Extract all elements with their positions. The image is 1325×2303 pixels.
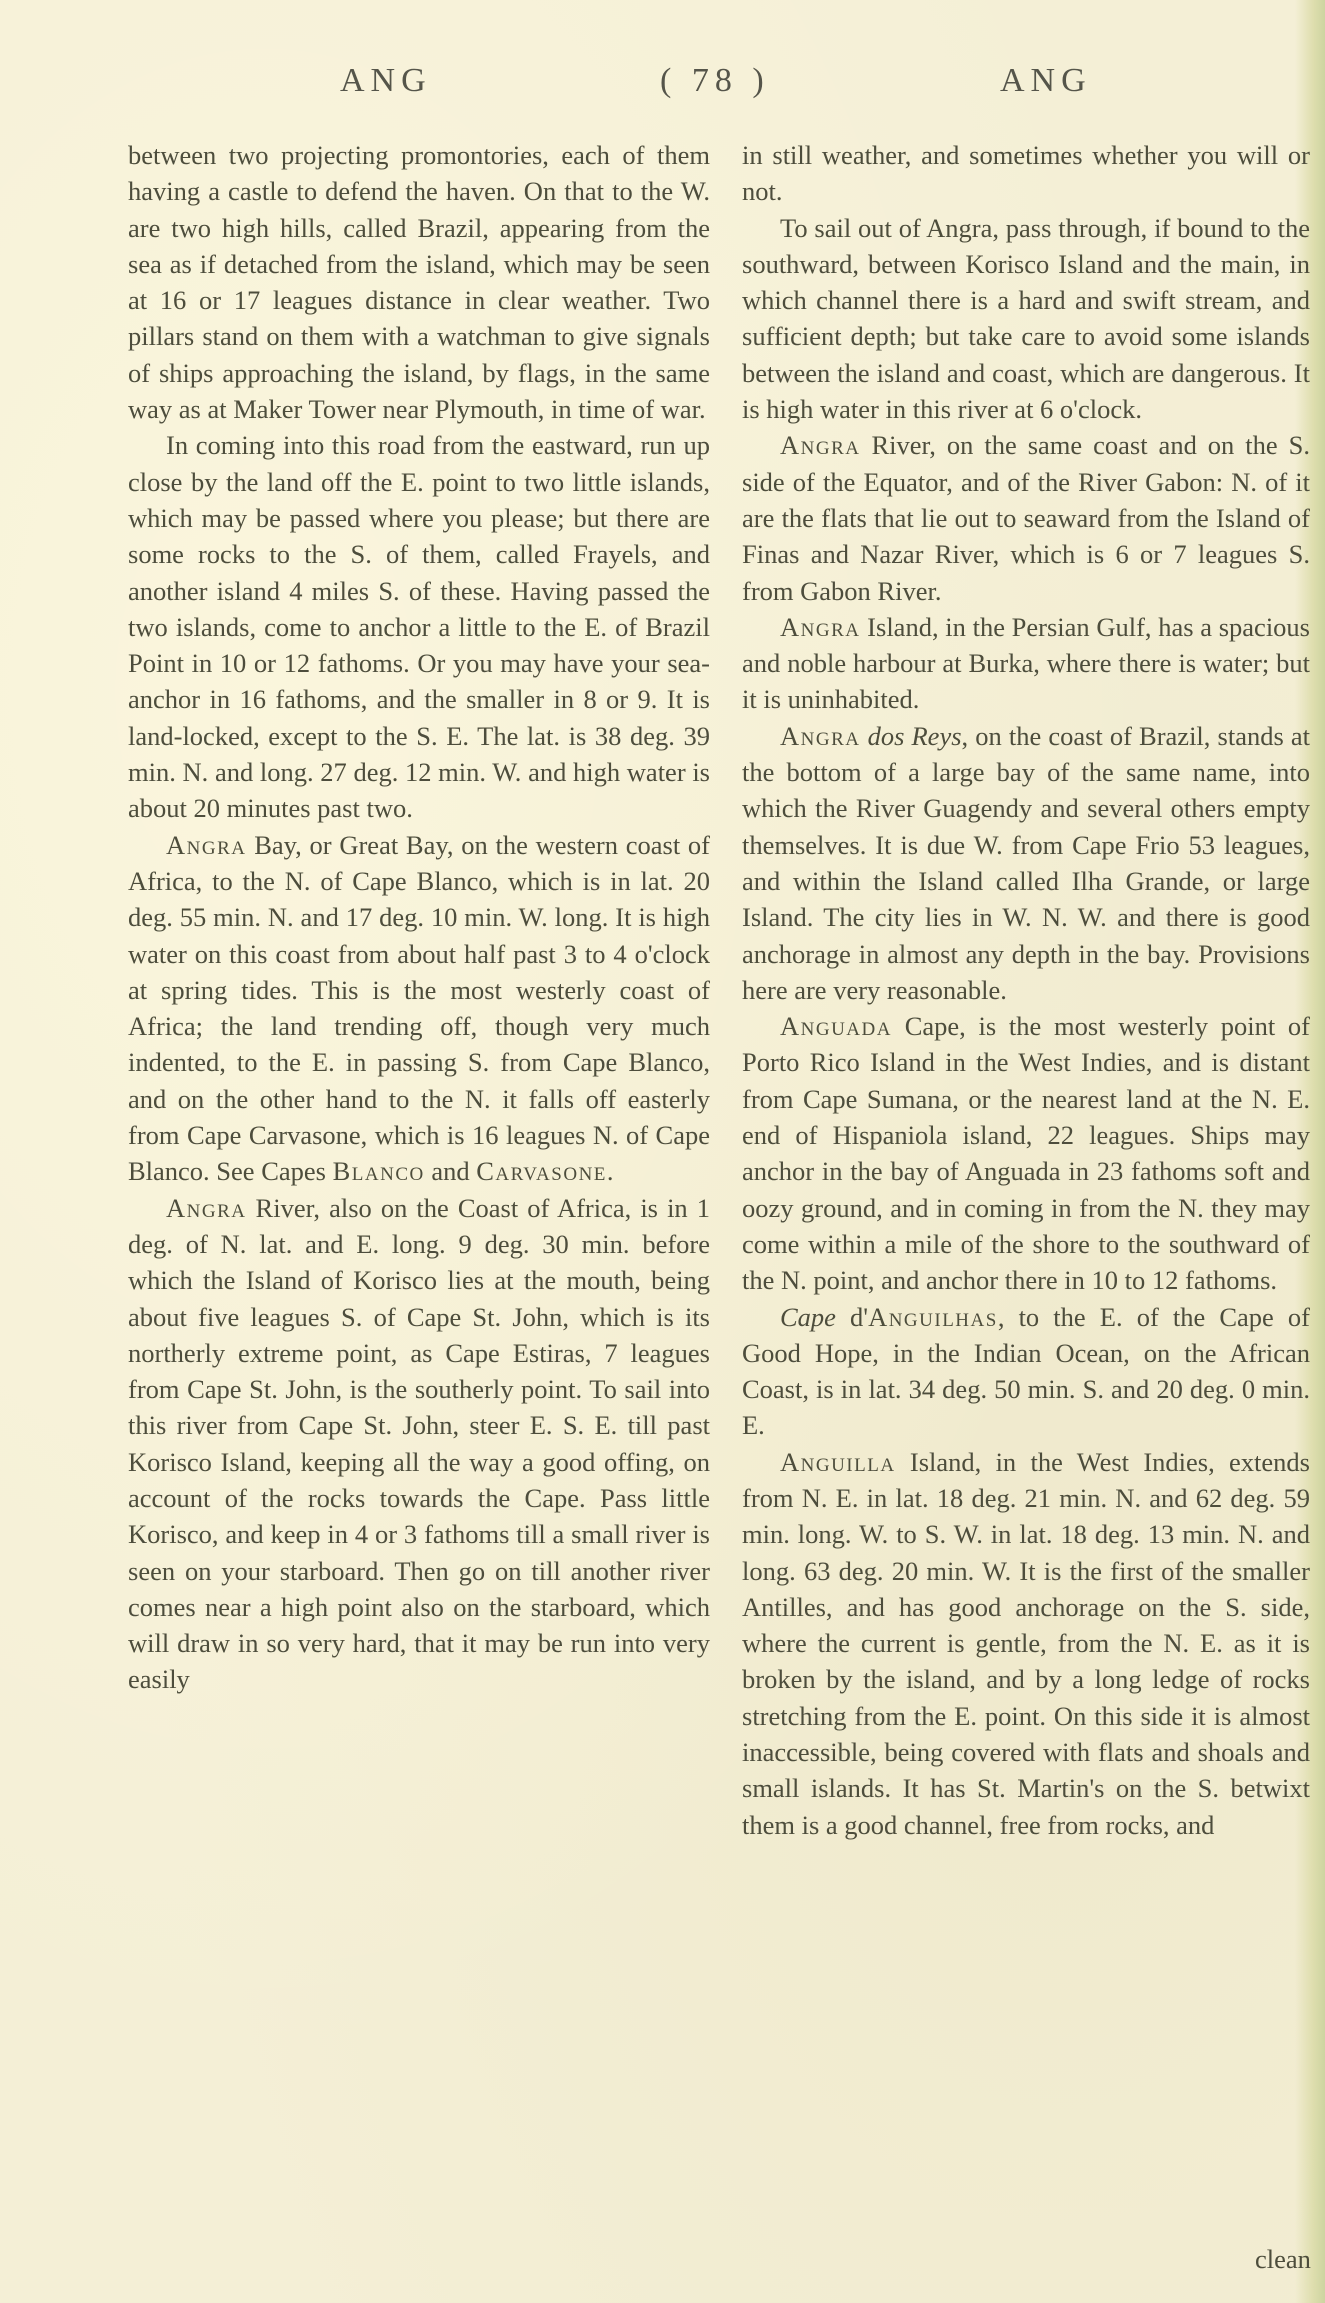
paragraph-text: To sail out of Angra, pass through, if b… <box>742 213 1310 424</box>
entry-prefix: d' <box>836 1302 868 1332</box>
entry-prefix-italic: Cape <box>780 1302 836 1332</box>
continuation-paragraph: between two projecting promontories, eac… <box>128 137 710 427</box>
entry-angra-island: Angra Island, in the Persian Gulf, has a… <box>742 609 1310 718</box>
entry-cape-anguilhas: Cape d'Anguilhas, to the E. of the Cape … <box>742 1299 1310 1444</box>
entry-anguilla-island: Anguilla Island, in the West Indies, ext… <box>742 1444 1310 1843</box>
entry-text: River, also on the Coast of Africa, is i… <box>128 1193 710 1695</box>
entry-headword: Anguada <box>780 1011 892 1041</box>
cross-reference: Blanco <box>333 1156 425 1186</box>
entry-anguada-cape: Anguada Cape, is the most westerly point… <box>742 1008 1310 1298</box>
entry-angra-river-equator: Angra River, on the same coast and on th… <box>742 427 1310 608</box>
running-head: ANG ( 78 ) ANG <box>0 62 1325 122</box>
left-column: between two projecting promontories, eac… <box>128 137 710 1698</box>
entry-angra-dos-reys: Angra dos Reys, on the coast of Brazil, … <box>742 718 1310 1008</box>
entry-headword: Angra <box>166 830 246 860</box>
paragraph-text: In coming into this road from the eastwa… <box>128 430 710 823</box>
entry-text: Cape, is the most westerly point of Port… <box>742 1011 1310 1295</box>
entry-headword-italic: dos Reys <box>860 721 961 751</box>
page-number: ( 78 ) <box>660 62 770 100</box>
continuation-paragraph: in still weather, and sometimes whether … <box>742 137 1310 210</box>
paragraph-approach-instructions: In coming into this road from the eastwa… <box>128 427 710 826</box>
entry-text: , on the coast of Brazil, stands at the … <box>742 721 1310 1005</box>
running-head-left: ANG <box>340 62 432 100</box>
entry-headword: Anguilhas <box>868 1302 998 1332</box>
running-head-right: ANG <box>1000 62 1092 100</box>
entry-tail: . <box>607 1156 614 1186</box>
catchword: clean <box>1255 2244 1311 2275</box>
entry-text: Bay, or Great Bay, on the western coast … <box>128 830 710 1187</box>
entry-headword: Angra <box>166 1193 246 1223</box>
entry-headword: Angra <box>780 612 860 642</box>
entry-headword: Angra <box>780 430 860 460</box>
right-column: in still weather, and sometimes whether … <box>742 137 1310 1843</box>
paragraph-text: between two projecting promontories, eac… <box>128 140 710 424</box>
cross-reference: Carvasone <box>476 1156 607 1186</box>
paragraph-text: in still weather, and sometimes whether … <box>742 140 1310 206</box>
entry-headword: Angra <box>780 721 860 751</box>
entry-headword: Anguilla <box>780 1447 896 1477</box>
entry-angra-bay: Angra Bay, or Great Bay, on the western … <box>128 827 710 1190</box>
entry-text: Island, in the West Indies, extends from… <box>742 1447 1310 1840</box>
cross-reference-join: and <box>425 1156 477 1186</box>
entry-angra-river-africa: Angra River, also on the Coast of Africa… <box>128 1190 710 1698</box>
paragraph-sailing-out: To sail out of Angra, pass through, if b… <box>742 210 1310 428</box>
